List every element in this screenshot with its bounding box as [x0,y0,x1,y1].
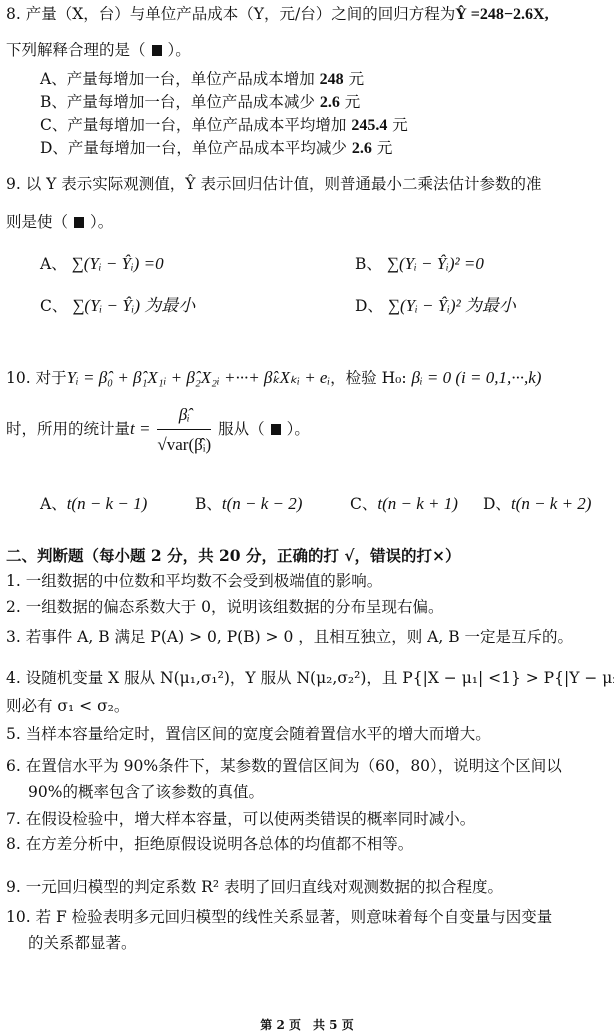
q8-stem-line2: 下列解释合理的是（）。 [6,40,191,60]
option-letter: A、 [40,495,67,513]
tf-item-1: 1. 一组数据的中位数和平均数不会受到极端值的影响。 [6,571,382,591]
option-label: C、产量每增加一台，单位产品成本平均增加 [40,116,346,134]
answer-blank-box [74,217,84,228]
q8-stem-text: 8. 产量（X，台）与单位产品成本（Y，元/台）之间的回归方程为 [6,5,455,23]
fraction-numerator: β̂ᵢ [157,402,211,430]
q9-option-a: A、 ∑(Yᵢ − Ŷᵢ) =0 [40,254,164,274]
option-value: 248 [320,71,344,88]
page-footer: 第 2 页 共 5 页 [0,1016,614,1033]
q10-option-c: C、t(n − k + 1) [350,494,458,514]
q8-option-a: A、产量每增加一台，单位产品成本增加 248 元 [40,69,364,90]
option-value: 245.4 [351,117,387,134]
tf-item-5: 5. 当样本容量给定时，置信区间的宽度会随着置信水平的增大而增大。 [6,724,491,744]
q10-stem-line1: 10. 对于Yᵢ = β̂₀ + β̂₁X₁ᵢ + β̂₂X₂ᵢ +···+ β… [6,368,541,388]
q9-stem-line1: 9. 以 Y 表示实际观测值，Ŷ 表示回归估计值，则普通最小二乘法估计参数的准 [6,174,541,194]
q8-option-b: B、产量每增加一台，单位产品成本减少 2.6 元 [40,92,360,113]
tf-item-10-cont: 的关系都显著。 [28,933,137,953]
tf-item-6-cont: 90%的概率包含了该参数的真值。 [28,782,264,802]
option-letter: B、 [355,255,382,273]
option-unit: 元 [349,70,365,88]
answer-blank-box [152,45,162,56]
t-statistic-lhs: t = [130,419,150,438]
q9-option-d: D、 ∑(Yᵢ − Ŷᵢ)² 为最小 [355,296,516,316]
q10-hypothesis: βᵢ = 0 (i = 0,1,···,k) [411,368,541,387]
option-letter: D、 [355,297,383,315]
option-value: 2.6 [320,94,340,111]
q10-stem-line2: 时，所用的统计量t = β̂ᵢ √var(β̂ᵢ) 服从（）。 [6,402,310,458]
q10-option-a: A、t(n − k − 1) [40,494,147,514]
q8-stem2-text: 下列解释合理的是（ [6,41,146,59]
q9-stem2-end: ）。 [90,213,113,231]
q10-option-b: B、t(n − k − 2) [195,494,302,514]
option-expr: ∑(Yᵢ − Ŷᵢ)² 为最小 [388,296,516,315]
tf-item-6: 6. 在置信水平为 90%条件下，某参数的置信区间为（60，80），说明这个区间… [6,756,562,776]
option-unit: 元 [392,116,408,134]
q8-equation: Ŷ =248−2.6X, [455,6,548,23]
option-letter: D、 [483,495,511,513]
q9-stem-line2: 则是使（）。 [6,212,113,232]
option-label: A、产量每增加一台，单位产品成本增加 [40,70,315,88]
q8-stem-line1: 8. 产量（X，台）与单位产品成本（Y，元/台）之间的回归方程为Ŷ =248−2… [6,4,549,25]
t-statistic-fraction: β̂ᵢ √var(β̂ᵢ) [157,402,211,458]
option-value: 2.6 [352,140,372,157]
option-label: B、产量每增加一台，单位产品成本减少 [40,93,315,111]
option-expr: ∑(Yᵢ − Ŷᵢ) =0 [72,254,164,273]
answer-blank-box [271,424,281,435]
q10-stem-text: 10. 对于 [6,369,67,387]
option-label: D、产量每增加一台，单位产品成本平均减少 [40,139,347,157]
tf-item-8: 8. 在方差分析中，拒绝原假设说明各总体的均值都不相等。 [6,834,413,854]
tf-item-4: 4. 设随机变量 X 服从 N(μ₁,σ₁²)，Y 服从 N(μ₂,σ₂²)，且… [6,668,614,688]
tf-item-10: 10. 若 F 检验表明多元回归模型的线性关系显著，则意味着每个自变量与因变量 [6,907,552,927]
option-expr: ∑(Yᵢ − Ŷᵢ)² =0 [387,254,484,273]
q10-model-equation: Yᵢ = β̂₀ + β̂₁X₁ᵢ + β̂₂X₂ᵢ +···+ β̂ₖXₖᵢ … [67,368,331,387]
q9-stem2-text: 则是使（ [6,213,68,231]
q10-option-d: D、t(n − k + 2) [483,494,591,514]
q10-stem2-text: 时，所用的统计量 [6,420,130,438]
option-letter: A、 [40,255,67,273]
option-unit: 元 [377,139,393,157]
option-expr: t(n − k + 1) [377,494,458,513]
tf-item-4-cont: 则必有 σ₁ < σ₂。 [6,696,129,716]
option-expr: t(n − k + 2) [511,494,592,513]
tf-item-2: 2. 一组数据的偏态系数大于 0，说明该组数据的分布呈现右偏。 [6,597,444,617]
tf-item-3: 3. 若事件 A, B 满足 P(A) > 0, P(B) > 0 ，且相互独立… [6,627,573,647]
option-letter: C、 [40,297,67,315]
section2-heading: 二、判断题（每小题 2 分，共 20 分，正确的打 √，错误的打×） [6,546,461,566]
q8-option-c: C、产量每增加一台，单位产品成本平均增加 245.4 元 [40,115,408,136]
option-unit: 元 [345,93,361,111]
option-expr: t(n − k − 2) [222,494,303,513]
option-expr: t(n − k − 1) [67,494,148,513]
q10-stem2-text-b: 服从（ [218,420,265,438]
tf-item-9: 9. 一元回归模型的判定系数 R² 表明了回归直线对观测数据的拟合程度。 [6,877,503,897]
fraction-denominator: √var(β̂ᵢ) [157,430,211,458]
q8-option-d: D、产量每增加一台，单位产品成本平均减少 2.6 元 [40,138,392,159]
q9-option-b: B、 ∑(Yᵢ − Ŷᵢ)² =0 [355,254,484,274]
q10-stem-text-b: ，检验 H₀: [330,369,406,387]
option-expr: ∑(Yᵢ − Ŷᵢ) 为最小 [72,296,195,315]
option-letter: B、 [195,495,222,513]
q8-stem2-end: ）。 [168,41,191,59]
option-letter: C、 [350,495,377,513]
tf-item-7: 7. 在假设检验中，增大样本容量，可以使两类错误的概率同时减小。 [6,809,475,829]
q10-stem2-end: ）。 [287,420,310,438]
q9-option-c: C、 ∑(Yᵢ − Ŷᵢ) 为最小 [40,296,195,316]
